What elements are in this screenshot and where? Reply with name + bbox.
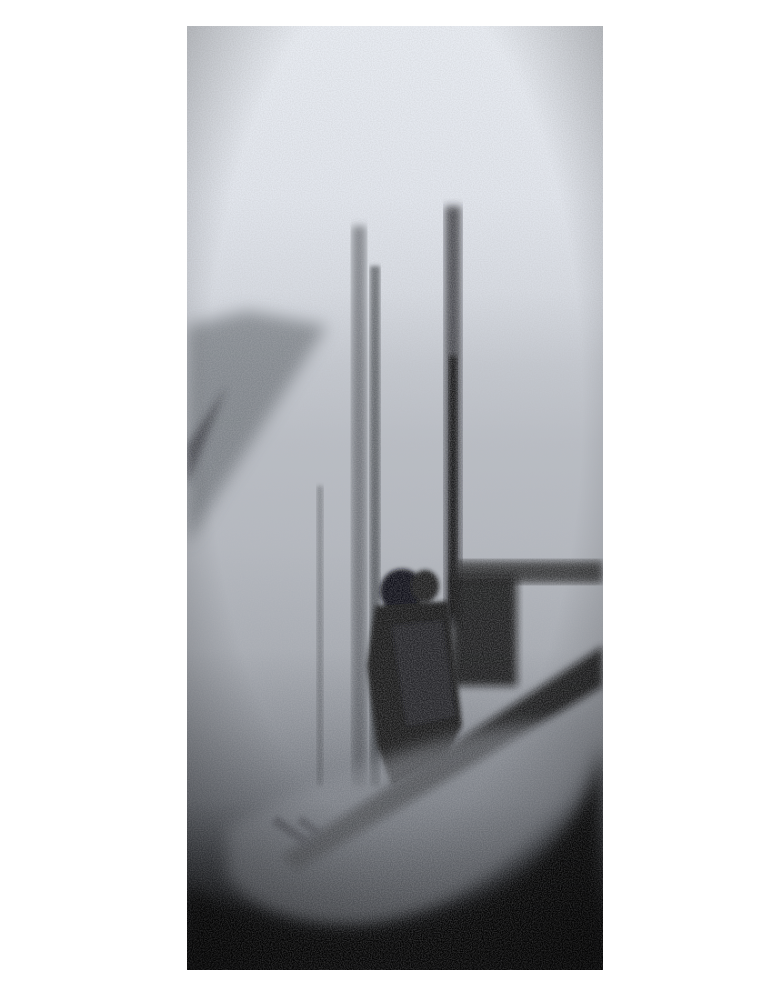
photo-scene [187,26,603,970]
photograph [187,26,603,970]
